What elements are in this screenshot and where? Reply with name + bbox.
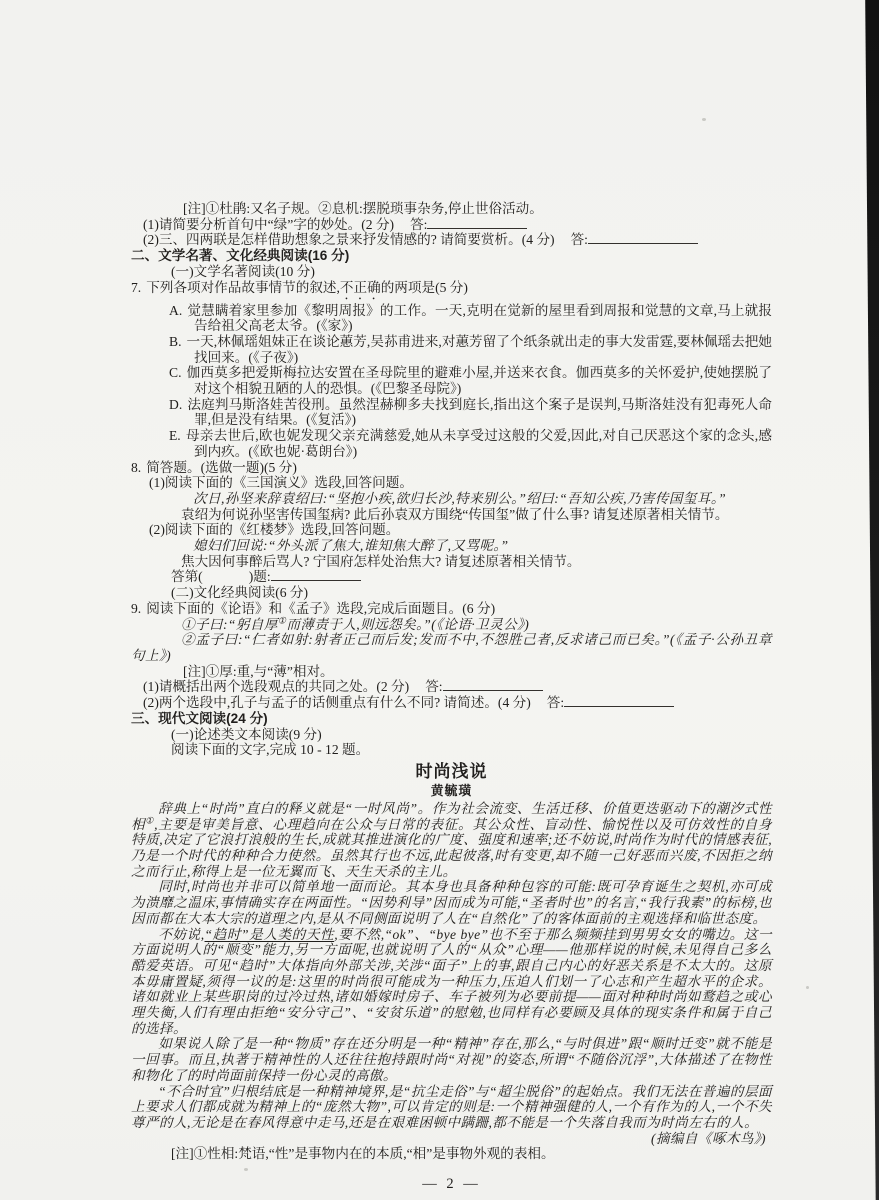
option-text: 觉慧瞒着家里参加《黎明周报》的工作。一天,克明在觉新的屋里看到周报和觉慧的文章,…: [187, 303, 772, 334]
option-c: C.伽西莫多把爱斯梅拉达安置在圣母院里的避难小屋,并送来衣食。伽西莫多的关怀爱护…: [169, 365, 772, 396]
page-number: — 2 —: [131, 1177, 772, 1193]
option-text: 母亲去世后,欧也妮发现父亲充满慈爱,她从未享受过这般的父爱,因此,对自己厌恶这个…: [186, 428, 772, 459]
option-label: B.: [169, 334, 181, 349]
scan-dark-edge: [864, 0, 879, 1200]
question-8-stem: 8.简答题。(选做一题)(5 分): [131, 460, 772, 476]
question-number: 7.: [131, 280, 141, 295]
question-9-part2: (2)两个选段中,孔子与孟子的话侧重点有什么不同? 请简述。(4 分)答:: [143, 695, 772, 711]
section-2-sub2: (二)文化经典阅读(6 分): [171, 585, 772, 601]
stem-text: 简答题。(选做一题)(5 分): [146, 460, 297, 475]
question-9-quote2: ②孟子曰:“仁者如射:射者正己而后发;发而不中,不怨胜己者,反求诸己而已矣。”(…: [131, 632, 772, 663]
option-label: A.: [169, 303, 182, 318]
answer-blank: [588, 232, 698, 244]
essay-paragraph-4: 如果说人除了是一种“物质”存在还分明是一种“精神”存在,那么,“与时俱进”跟“顺…: [131, 1036, 772, 1083]
essay-footnote: [注]①性相:梵语,“性”是事物内在的本质,“相”是事物外观的表相。: [171, 1146, 772, 1162]
underlined-text: “趋时”是人类的天性: [205, 927, 335, 942]
question-8-part1-question: 袁绍为何说孙坚害传国玺病? 此后孙袁双方围绕“传国玺”做了什么事? 请复述原著相…: [131, 507, 772, 523]
option-b: B.一天,林佩瑶姐妹正在谈论蕙芳,吴荪甫进来,对蕙芳留了个纸条就出走的事大发雷霆…: [169, 334, 772, 365]
question-number: 9.: [131, 601, 141, 616]
essay-title: 时尚浅说: [131, 761, 772, 783]
question-8-part2-label: (2)阅读下面的《红楼梦》选段,回答问题。: [149, 522, 772, 538]
question-9-stem: 9.阅读下面的《论语》和《孟子》选段,完成后面题目。(6 分): [131, 601, 772, 617]
question-9-note: [注]①厚:重,与“薄”相对。: [183, 664, 772, 680]
question-8-part1-quote: 次日,孙坚来辞袁绍曰:“坚抱小疾,欲归长沙,特来别公。”绍曰:“吾知公疾,乃害传…: [131, 491, 772, 507]
question-8-part2-question: 焦大因何事醉后骂人? 宁国府怎样处治焦大? 请复述原著相关情节。: [131, 554, 772, 570]
question-8-answer-line: 答第()题:: [171, 569, 772, 585]
essay-paragraph-5: “不合时宜”归根结底是一种精神境界,是“抗尘走俗”与“超尘脱俗”的起始点。我们无…: [131, 1084, 772, 1131]
option-text: 一天,林佩瑶姐妹正在谈论蕙芳,吴荪甫进来,对蕙芳留了个纸条就出走的事大发雷霆,要…: [186, 334, 772, 365]
scanned-exam-page: [注]①杜鹃:又名子规。②息机:摆脱琐事杂务,停止世俗活动。 (1)请简要分析首…: [0, 0, 879, 1200]
section-3-heading: 三、现代文阅读(24 分): [131, 711, 772, 727]
section-3-sub1: (一)论述类文本阅读(9 分): [171, 727, 772, 743]
question-9-part1: (1)请概括出两个选段观点的共同之处。(2 分)答:: [143, 679, 772, 695]
option-d: D.法庭判马斯洛娃苦役刑。虽然涅赫柳多夫找到庭长,指出这个案子是误判,马斯洛娃没…: [169, 397, 772, 428]
paragraph-text: 不妨说,: [158, 927, 204, 942]
option-text: 法庭判马斯洛娃苦役刑。虽然涅赫柳多夫找到庭长,指出这个案子是误判,马斯洛娃没有犯…: [187, 397, 772, 428]
answer-blank: [564, 695, 674, 707]
question-6-part2: (2)三、四两联是怎样借助想象之景来抒发情感的? 请简要赏析。(4 分)答:: [143, 232, 772, 248]
paragraph-text: ,主要是审美旨意、心理趋向在公众与日常的表征。其公众性、盲动性、愉悦性以及可仿效…: [131, 817, 772, 879]
quote-text: 而薄责于人,则远怨矣。”(《论语·卫灵公》): [286, 617, 529, 632]
scan-speck: [806, 986, 809, 989]
section-2-heading: 二、文学名著、文化经典阅读(16 分): [131, 248, 772, 264]
scan-speck: [702, 118, 706, 121]
option-label: D.: [169, 397, 182, 412]
stem-text: 阅读下面的《论语》和《孟子》选段,完成后面题目。(6 分): [146, 601, 495, 616]
question-9-quote1: ①子曰:“躬自厚①而薄责于人,则远怨矣。”(《论语·卫灵公》): [131, 617, 772, 633]
stem-text: 下列各项对作品故事情节的叙述,: [146, 280, 340, 295]
essay-paragraph-2: 同时,时尚也并非可以简单地一面而论。其本身也具备种种包容的可能:既可孕育诞生之契…: [131, 879, 772, 926]
paragraph-text: ,要不然,“ok”、“bye bye”也不至于那么频频挂到男男女女的嘴边。这一方…: [131, 927, 772, 1036]
superscript-note-marker: ①: [145, 815, 154, 825]
question-6-part1: (1)请简要分析首句中“绿”字的妙处。(2 分)答:: [143, 217, 772, 233]
answer-blank: [427, 217, 527, 229]
question-8-part1-label: (1)阅读下面的《三国演义》选段,回答问题。: [149, 475, 772, 491]
question-number: 8.: [131, 460, 141, 475]
option-e: E.母亲去世后,欧也妮发现父亲充满慈爱,她从未享受过这般的父爱,因此,对自己厌恶…: [169, 428, 772, 459]
essay-author: 黄毓璜: [131, 783, 772, 799]
emphasized-text: 不正确: [340, 280, 381, 295]
question-8-part2-quote: 媳妇们回说:“外头派了焦大,谁知焦大醉了,又骂呢。”: [131, 538, 772, 554]
option-a: A.觉慧瞒着家里参加《黎明周报》的工作。一天,克明在觉新的屋里看到周报和觉慧的文…: [169, 303, 772, 334]
question-text: (1)请概括出两个选段观点的共同之处。(2 分): [143, 679, 409, 694]
essay-paragraph-3: 不妨说,“趋时”是人类的天性,要不然,“ok”、“bye bye”也不至于那么频…: [131, 927, 772, 1037]
answer-prefix: 答第(: [171, 569, 203, 584]
section-3-intro: 阅读下面的文字,完成 10 - 12 题。: [171, 742, 772, 758]
option-text: 伽西莫多把爱斯梅拉达安置在圣母院里的避难小屋,并送来衣食。伽西莫多的关怀爱护,使…: [186, 365, 772, 396]
exam-content: [注]①杜鹃:又名子规。②息机:摆脱琐事杂务,停止世俗活动。 (1)请简要分析首…: [131, 201, 772, 1193]
poem-note-line: [注]①杜鹃:又名子规。②息机:摆脱琐事杂务,停止世俗活动。: [183, 201, 772, 217]
question-text: (2)三、四两联是怎样借助想象之景来抒发情感的? 请简要赏析。(4 分): [143, 232, 555, 247]
answer-suffix: )题:: [249, 569, 271, 584]
option-label: E.: [169, 428, 181, 443]
answer-label: 答:: [410, 217, 427, 232]
question-text: (2)两个选段中,孔子与孟子的话侧重点有什么不同? 请简述。(4 分): [143, 695, 531, 710]
essay-source-note: (摘编自《啄木鸟》): [131, 1131, 772, 1147]
section-2-sub1: (一)文学名著阅读(10 分): [171, 264, 772, 280]
question-text: (1)请简要分析首句中“绿”字的妙处。(2 分): [143, 217, 394, 232]
answer-label: 答:: [571, 232, 588, 247]
essay-paragraph-1: 辞典上“时尚”直白的释义就是“一时风尚”。作为社会流变、生活迁移、价值更迭驱动下…: [131, 801, 772, 880]
option-label: C.: [169, 365, 181, 380]
answer-label: 答:: [425, 679, 442, 694]
stem-text: 的两项是(5 分): [381, 280, 468, 295]
answer-label: 答:: [547, 695, 564, 710]
answer-blank: [271, 569, 361, 581]
question-7-stem: 7.下列各项对作品故事情节的叙述,不正确的两项是(5 分): [131, 280, 772, 303]
quote-text: ①子曰:“躬自厚: [181, 617, 278, 632]
answer-blank: [443, 679, 543, 691]
